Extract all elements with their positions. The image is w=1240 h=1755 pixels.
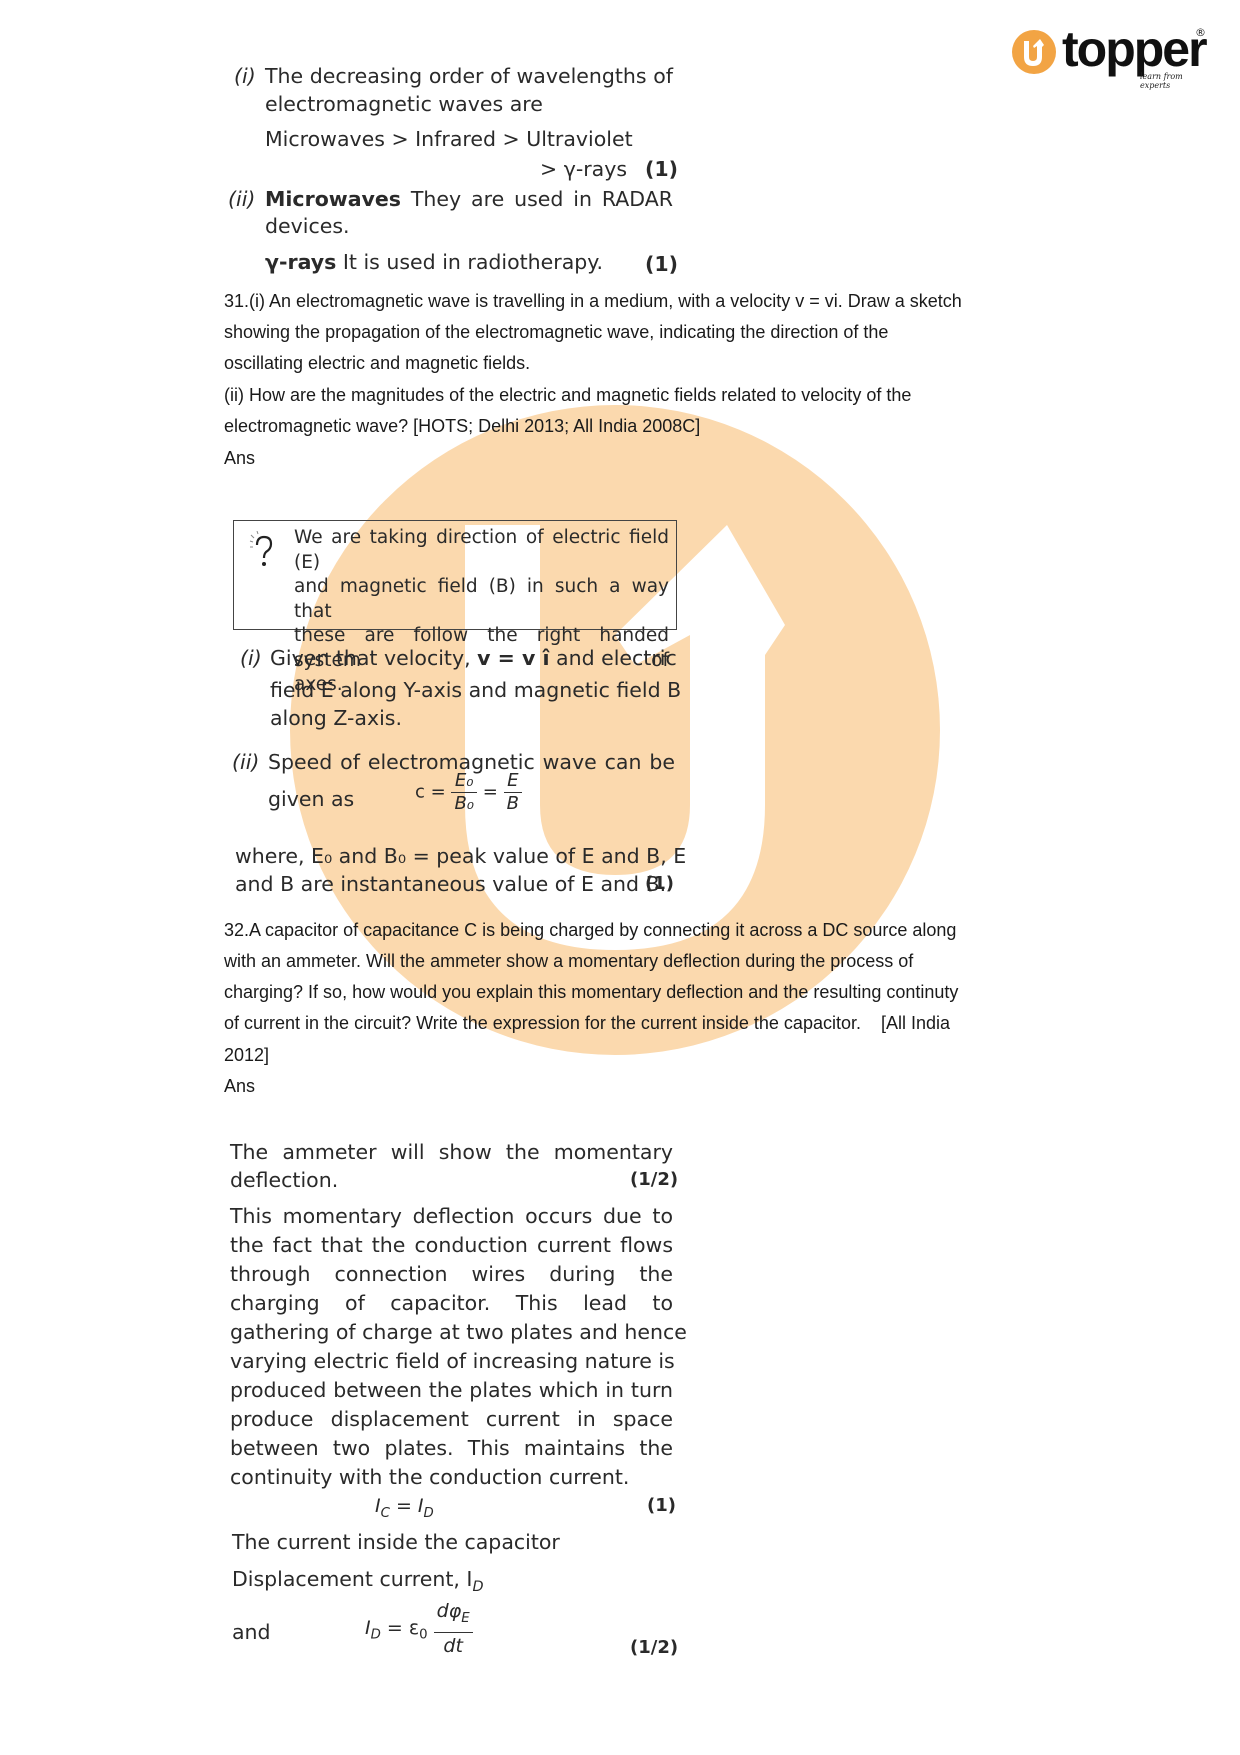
speed-formula: c = E₀B₀ = EB: [415, 770, 522, 815]
answer-text: electromagnetic waves are: [265, 90, 543, 118]
marks: (1): [647, 1492, 676, 1520]
question-line: electromagnetic wave? [HOTS; Delhi 2013;…: [224, 411, 700, 442]
answer-text: Given that velocity, v = v î and electri…: [270, 644, 675, 672]
question-line: 2012]: [224, 1040, 269, 1071]
marks: (1): [645, 870, 674, 898]
topper-badge-icon: [1012, 30, 1056, 74]
marks: (1/2): [630, 1166, 678, 1194]
answer-text: charging of capacitor. This lead to: [230, 1289, 673, 1317]
answer-text: Microwaves > Infrared > Ultraviolet: [265, 125, 633, 153]
answer-text: gathering of charge at two plates and he…: [230, 1318, 673, 1346]
brand-name: topper: [1062, 22, 1206, 76]
current-equation: IC = ID: [375, 1492, 434, 1528]
displacement-current-formula: ID = ε0 dφEdt: [365, 1598, 473, 1659]
question-line: (ii) How are the magnitudes of the elect…: [224, 380, 911, 411]
answer-text: given as: [268, 785, 354, 813]
lightbulb-question-icon: [248, 531, 278, 571]
part-label: (ii): [232, 748, 259, 776]
marks: (1): [645, 250, 678, 278]
answer-text: between two plates. This maintains the: [230, 1434, 673, 1462]
question-line: of current in the circuit? Write the exp…: [224, 1008, 950, 1039]
answer-text: produced between the plates which in tur…: [230, 1376, 673, 1404]
marks: (1): [645, 155, 678, 183]
answer-text: The decreasing order of wavelengths of: [265, 62, 673, 90]
note-box: We are taking direction of electric fiel…: [233, 520, 677, 630]
answer-text: and B are instantaneous value of E and B…: [235, 870, 666, 898]
answer-text: through connection wires during the: [230, 1260, 673, 1288]
answer-text: > γ-rays: [540, 155, 627, 183]
marks: (1/2): [630, 1634, 678, 1662]
part-label: (i): [234, 64, 256, 88]
brand-tagline: learn from experts: [1140, 72, 1212, 90]
answer-text: Displacement current, ID: [232, 1565, 484, 1601]
question-line: with an ammeter. Will the ammeter show a…: [224, 946, 913, 977]
answer-text: Microwaves They are used in RADAR: [265, 185, 673, 213]
answer-text: varying electric field of increasing nat…: [230, 1347, 673, 1375]
question-line: showing the propagation of the electroma…: [224, 317, 888, 348]
answer-text: γ-rays It is used in radiotherapy.: [265, 248, 603, 276]
answer-text: continuity with the conduction current.: [230, 1463, 629, 1491]
ans-label: Ans: [224, 443, 255, 474]
answer-text: devices.: [265, 212, 350, 240]
topper-logo: topper ® learn from experts: [1012, 22, 1212, 82]
answer-text: deflection.: [230, 1166, 338, 1194]
part-label: (i): [240, 644, 262, 672]
question-line: 31.(i) An electromagnetic wave is travel…: [224, 286, 962, 317]
answer-text: produce displacement current in space: [230, 1405, 673, 1433]
ans-label: Ans: [224, 1071, 255, 1102]
question-line: oscillating electric and magnetic fields…: [224, 348, 530, 379]
question-line: charging? If so, how would you explain t…: [224, 977, 958, 1008]
answer-text: along Z-axis.: [270, 704, 402, 732]
answer-text: The ammeter will show the momentary: [230, 1138, 673, 1166]
answer-text: and: [232, 1618, 271, 1646]
answer-text: the fact that the conduction current flo…: [230, 1231, 673, 1259]
answer-text: The current inside the capacitor: [232, 1528, 560, 1556]
part-label: (ii): [228, 185, 255, 213]
registered-mark: ®: [1195, 26, 1206, 39]
question-line: 32.A capacitor of capacitance C is being…: [224, 915, 956, 946]
answer-text: This momentary deflection occurs due to: [230, 1202, 673, 1230]
answer-text: where, E₀ and B₀ = peak value of E and B…: [235, 842, 686, 870]
answer-text: field E along Y-axis and magnetic field …: [270, 676, 681, 704]
